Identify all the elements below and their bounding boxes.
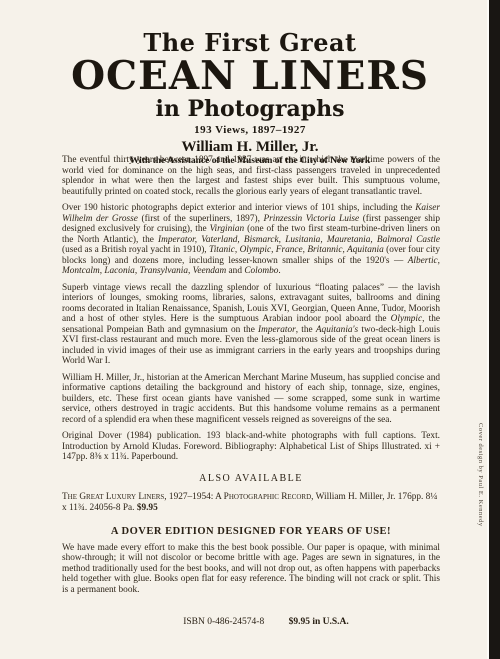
spine-edge bbox=[487, 0, 500, 659]
paragraph-ships: Over 190 historic photographs depict ext… bbox=[62, 203, 440, 277]
paragraph-publication-details: Original Dover (1984) publication. 193 b… bbox=[62, 431, 440, 463]
footer-line: ISBN 0-486-24574-8 $9.95 in U.S.A. bbox=[62, 617, 440, 627]
author-name: William H. Miller, Jr. bbox=[0, 140, 500, 156]
price-usa: $9.95 in U.S.A. bbox=[289, 617, 349, 627]
title-line-2: OCEAN LINERS bbox=[0, 56, 500, 97]
also-available-heading: ALSO AVAILABLE bbox=[62, 473, 440, 484]
title-block: The First Great OCEAN LINERS in Photogra… bbox=[0, 0, 500, 166]
description-column: The eventful thirty years between 1897 a… bbox=[62, 155, 440, 601]
paragraph-author-credit: William H. Miller, Jr., historian at the… bbox=[62, 373, 440, 426]
views-subtitle: 193 Views, 1897–1927 bbox=[0, 125, 500, 137]
cover-design-credit: Cover design by Paul E. Kennedy bbox=[477, 385, 484, 565]
dover-edition-paragraph: We have made every effort to make this t… bbox=[62, 543, 440, 596]
paragraph-overview: The eventful thirty years between 1897 a… bbox=[62, 155, 440, 197]
book-back-cover: The First Great OCEAN LINERS in Photogra… bbox=[0, 0, 500, 659]
dover-edition-heading: A DOVER EDITION DESIGNED FOR YEARS OF US… bbox=[62, 526, 440, 537]
paragraph-interiors: Superb vintage views recall the dazzling… bbox=[62, 283, 440, 367]
isbn-number: ISBN 0-486-24574-8 bbox=[183, 617, 264, 627]
title-line-3: in Photographs bbox=[0, 98, 500, 121]
title-line-1: The First Great bbox=[0, 30, 500, 55]
also-available-listing: The Great Luxury Liners, 1927–1954: A Ph… bbox=[62, 492, 440, 514]
